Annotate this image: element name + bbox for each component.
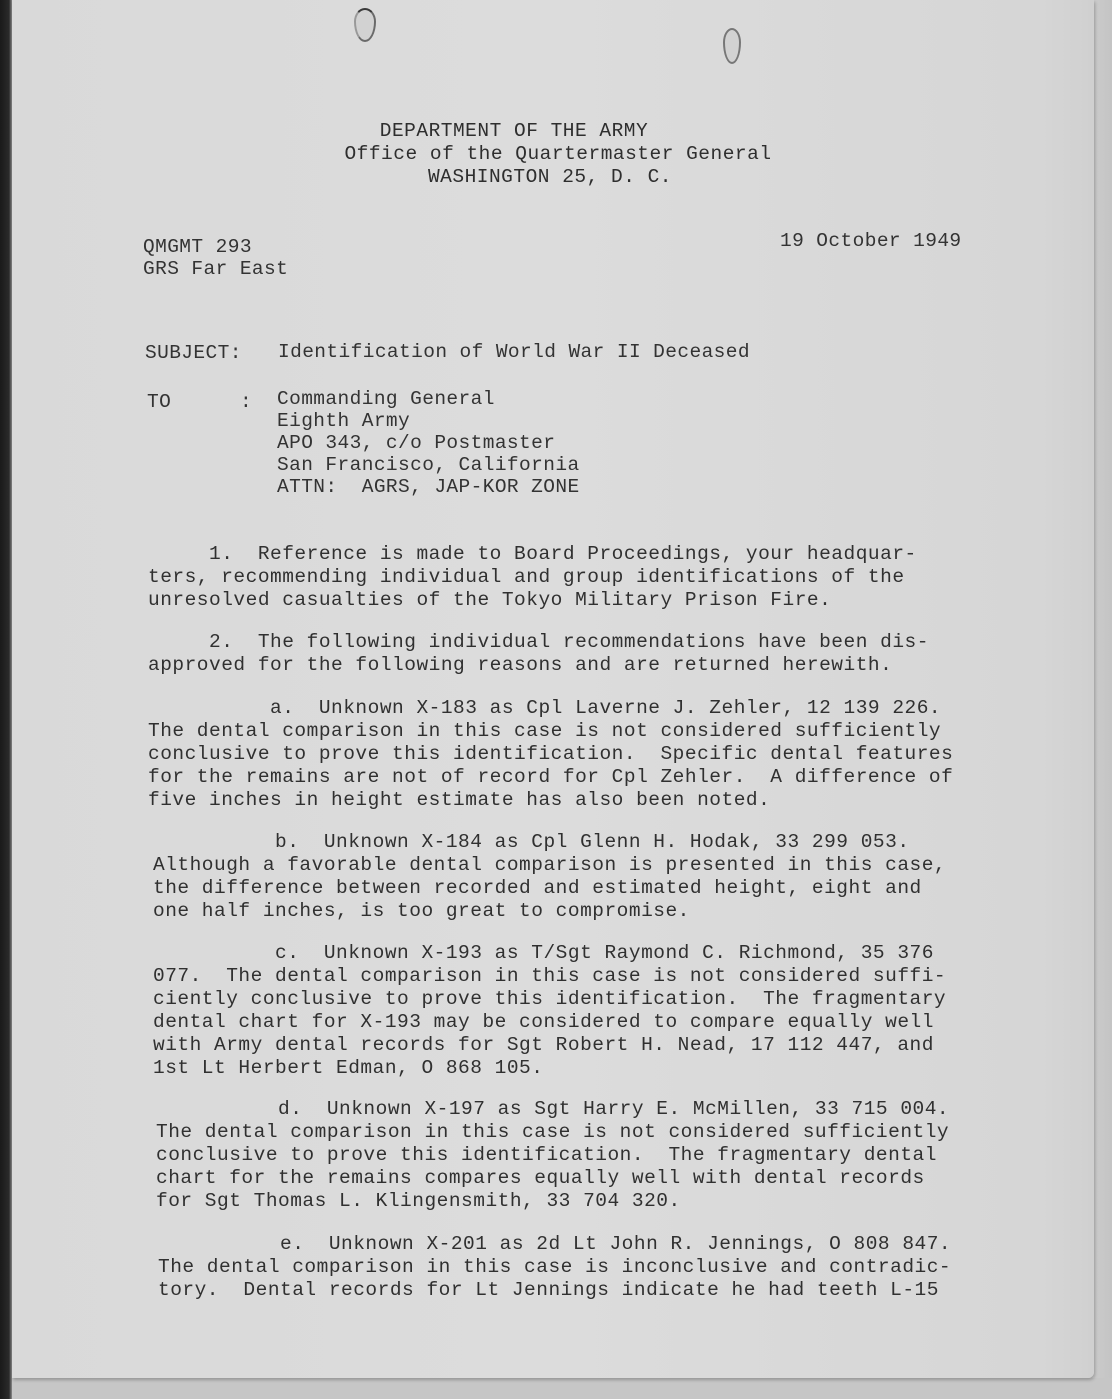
paragraph-line: 077. The dental comparison in this case … bbox=[153, 965, 946, 988]
paragraph-line: dental chart for X-193 may be considered… bbox=[153, 1011, 934, 1034]
to-colon: : bbox=[240, 391, 252, 413]
scan-bottom-edge bbox=[12, 1378, 1112, 1399]
addressee-line: San Francisco, California bbox=[277, 454, 580, 476]
paragraph-line: unresolved casualties of the Tokyo Milit… bbox=[148, 589, 831, 612]
scan-right-edge bbox=[1094, 0, 1112, 1399]
paragraph-line: d. Unknown X-197 as Sgt Harry E. McMille… bbox=[156, 1098, 949, 1121]
paragraph-line: five inches in height estimate has also … bbox=[148, 789, 770, 812]
paragraph-line: conclusive to prove this identification.… bbox=[156, 1144, 937, 1167]
paragraph-line: for Sgt Thomas L. Klingensmith, 33 704 3… bbox=[156, 1190, 681, 1213]
letterhead-department: DEPARTMENT OF THE ARMY bbox=[0, 120, 1070, 142]
subject-value: Identification of World War II Deceased bbox=[278, 341, 750, 363]
letter-date: 19 October 1949 bbox=[780, 230, 962, 252]
subject-label: SUBJECT: bbox=[145, 342, 242, 364]
paragraph-line: for the remains are not of record for Cp… bbox=[148, 766, 953, 789]
paragraph-line: b. Unknown X-184 as Cpl Glenn H. Hodak, … bbox=[153, 831, 910, 854]
letterhead-office: Office of the Quartermaster General bbox=[2, 143, 1112, 165]
paragraph-line: 1. Reference is made to Board Proceeding… bbox=[148, 543, 917, 566]
paragraph-line: tory. Dental records for Lt Jennings ind… bbox=[158, 1279, 939, 1302]
addressee-line: Eighth Army bbox=[277, 410, 410, 432]
paragraph-line: 2. The following individual recommendati… bbox=[148, 631, 929, 654]
addressee-line: Commanding General bbox=[277, 388, 495, 410]
paragraph-line: The dental comparison in this case is no… bbox=[148, 720, 941, 743]
paragraph-line: e. Unknown X-201 as 2d Lt John R. Jennin… bbox=[158, 1233, 951, 1256]
addressee-line: APO 343, c/o Postmaster bbox=[277, 432, 555, 454]
office-code: GRS Far East bbox=[143, 258, 288, 280]
paragraph-line: conclusive to prove this identification.… bbox=[148, 743, 953, 766]
paragraph-line: Although a favorable dental comparison i… bbox=[153, 854, 946, 877]
paragraph-line: c. Unknown X-193 as T/Sgt Raymond C. Ric… bbox=[153, 942, 934, 965]
to-label: TO bbox=[147, 391, 171, 413]
file-code: QMGMT 293 bbox=[143, 236, 252, 258]
paragraph-line: one half inches, is too great to comprom… bbox=[153, 900, 690, 923]
paragraph-line: approved for the following reasons and a… bbox=[148, 654, 892, 677]
addressee-line: ATTN: AGRS, JAP-KOR ZONE bbox=[277, 476, 580, 498]
paragraph-line: chart for the remains compares equally w… bbox=[156, 1167, 925, 1190]
paragraph-line: ters, recommending individual and group … bbox=[148, 566, 905, 589]
scan-left-edge bbox=[0, 0, 12, 1399]
paragraph-line: with Army dental records for Sgt Robert … bbox=[153, 1034, 934, 1057]
paragraph-line: the difference between recorded and esti… bbox=[153, 877, 922, 900]
paragraph-line: ciently conclusive to prove this identif… bbox=[153, 988, 946, 1011]
paragraph-line: a. Unknown X-183 as Cpl Laverne J. Zehle… bbox=[148, 697, 941, 720]
letterhead-location: WASHINGTON 25, D. C. bbox=[0, 166, 1106, 188]
paragraph-line: 1st Lt Herbert Edman, O 868 105. bbox=[153, 1057, 543, 1080]
paragraph-line: The dental comparison in this case is in… bbox=[158, 1256, 951, 1279]
paragraph-line: The dental comparison in this case is no… bbox=[156, 1121, 949, 1144]
